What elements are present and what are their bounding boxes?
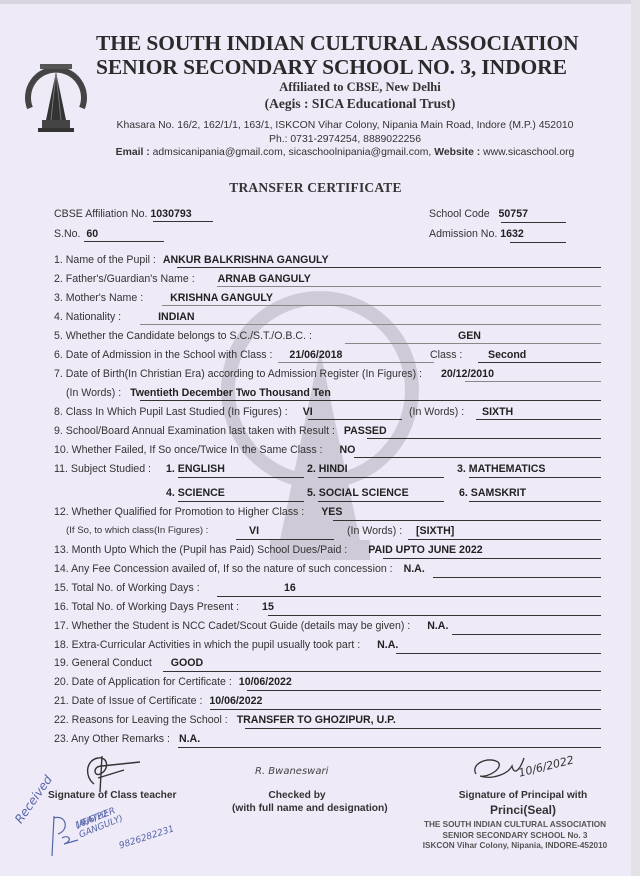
- field-label: 19. General Conduct: [54, 657, 152, 669]
- field-dob-words: (In Words) : Twentieth December Two Thou…: [66, 387, 331, 399]
- underline: [210, 709, 601, 710]
- underline: [476, 419, 601, 420]
- field-days-present: 16. Total No. of Working Days Present : …: [54, 601, 274, 613]
- field-label: 23. Any Other Remarks :: [54, 733, 170, 745]
- field-value: N.A.: [404, 563, 425, 575]
- checked-by-sublabel: (with full name and designation): [232, 803, 362, 814]
- field-issue-date: 21. Date of Issue of Certificate : 10/06…: [54, 695, 262, 707]
- field-ncc: 17. Whether the Student is NCC Cadet/Sco…: [54, 620, 448, 632]
- field-label: 6. Date of Admission in the School with …: [54, 349, 272, 361]
- serial-no-label: S.No.: [54, 228, 81, 240]
- field-value: 20/12/2010: [441, 368, 494, 380]
- field-value: VI: [303, 406, 313, 418]
- words-value: [SIXTH]: [416, 525, 454, 537]
- field-value: ARNAB GANGULY: [218, 273, 311, 285]
- affiliation-no-label: CBSE Affiliation No.: [54, 208, 147, 220]
- field-value: 15: [262, 601, 274, 613]
- underline: [268, 615, 601, 616]
- field-label: (In Words) :: [66, 387, 121, 399]
- underline: [217, 286, 601, 287]
- aegis-text: (Aegis : SICA Educational Trust): [190, 96, 530, 112]
- field-label: 20. Date of Application for Certificate …: [54, 676, 232, 688]
- subject-1: 1. ENGLISH: [166, 463, 225, 475]
- field-label: 17. Whether the Student is NCC Cadet/Sco…: [54, 620, 410, 632]
- field-value: ANKUR BALKRISHNA GANGULY: [163, 254, 329, 266]
- field-value: PASSED: [344, 425, 387, 437]
- field-value: GOOD: [171, 657, 203, 669]
- underline: [178, 747, 601, 748]
- certificate-title: TRANSFER CERTIFICATE: [0, 180, 631, 196]
- subject-3: 3. MATHEMATICS: [457, 463, 545, 475]
- field-label: 7. Date of Birth(In Christian Era) accor…: [54, 368, 422, 380]
- field-value: 10/06/2022: [209, 695, 262, 707]
- underline: [433, 577, 601, 578]
- email-values[interactable]: admsicanipania@gmail.com, sicaschoolnipa…: [153, 147, 432, 158]
- class-teacher-signature-label: Signature of Class teacher: [48, 790, 177, 801]
- underline: [345, 343, 601, 344]
- field-last-class: 8. Class In Which Pupil Last Studied (In…: [54, 406, 313, 418]
- class-label: Class :: [430, 349, 462, 361]
- admission-no-field: Admission No. 1632: [429, 228, 524, 240]
- contact-block: Khasara No. 16/2, 162/1/1, 163/1, ISKCON…: [80, 119, 610, 160]
- underline: [452, 634, 601, 635]
- underline: [333, 520, 601, 521]
- subject-4: 4. SCIENCE: [166, 487, 225, 499]
- underline: [178, 501, 304, 502]
- field-leaving-reason: 22. Reasons for Leaving the School : TRA…: [54, 714, 396, 726]
- underline: [478, 362, 601, 363]
- field-label: 18. Extra-Curricular Activities in which…: [54, 639, 360, 651]
- field-label: 2. Father's/Guardian's Name :: [54, 273, 195, 285]
- field-label: 4. Nationality :: [54, 311, 121, 323]
- receiver-signature-icon: [44, 810, 80, 860]
- underline: [278, 362, 434, 363]
- underline: [469, 501, 601, 502]
- field-conduct: 19. General Conduct GOOD: [54, 657, 203, 669]
- underline: [383, 558, 601, 559]
- field-subjects: 11. Subject Studied :: [54, 463, 151, 475]
- affiliation-underline: [153, 221, 213, 222]
- field-value: 10/06/2022: [239, 676, 292, 688]
- field-pupil-name: 1. Name of the Pupil : ANKUR BALKRISHNA …: [54, 254, 329, 266]
- school-name: THE SOUTH INDIAN CULTURAL ASSOCIATION SE…: [96, 31, 616, 79]
- field-label: 22. Reasons for Leaving the School :: [54, 714, 228, 726]
- words-label: (In Words) :: [347, 525, 402, 537]
- website-link[interactable]: www.sicaschool.org: [483, 147, 574, 158]
- class-value: Second: [488, 349, 526, 361]
- affiliation-no-field: CBSE Affiliation No. 1030793: [54, 208, 192, 220]
- field-label: 12. Whether Qualified for Promotion to H…: [54, 506, 304, 518]
- field-label: 1. Name of the Pupil :: [54, 254, 156, 266]
- field-label: 9. School/Board Annual Examination last …: [54, 425, 335, 437]
- checked-by-handwritten: R. Bwaneswari: [255, 766, 328, 777]
- field-extra-curricular: 18. Extra-Curricular Activities in which…: [54, 639, 398, 651]
- field-working-days: 15. Total No. of Working Days : 16: [54, 582, 200, 594]
- stamp-line1: THE SOUTH INDIAN CULTURAL ASSOCIATION: [410, 820, 620, 831]
- temple-emblem-icon: [24, 42, 88, 142]
- affiliation-text: Affiliated to CBSE, New Delhi: [210, 80, 510, 95]
- field-label: 13. Month Upto Which the (Pupil has Paid…: [54, 544, 347, 556]
- field-label: 15. Total No. of Working Days :: [54, 582, 200, 594]
- paper-edge: [631, 0, 640, 876]
- field-label: 3. Mother's Name :: [54, 292, 143, 304]
- serial-underline: [84, 241, 164, 242]
- underline: [177, 267, 601, 268]
- field-remarks: 23. Any Other Remarks : N.A.: [54, 733, 200, 745]
- admission-underline: [510, 242, 566, 243]
- field-failed: 10. Whether Failed, If So once/Twice In …: [54, 444, 355, 456]
- field-father-name: 2. Father's/Guardian's Name : ARNAB GANG…: [54, 273, 311, 285]
- field-exam-result: 9. School/Board Annual Examination last …: [54, 425, 387, 437]
- field-nationality: 4. Nationality : INDIAN: [54, 311, 195, 323]
- subject-5: 5. SOCIAL SCIENCE: [307, 487, 409, 499]
- underline: [318, 501, 444, 502]
- field-category: 5. Whether the Candidate belongs to S.C.…: [54, 330, 312, 342]
- words-value: SIXTH: [482, 406, 513, 418]
- field-label: 21. Date of Issue of Certificate :: [54, 695, 202, 707]
- field-value: NO: [339, 444, 355, 456]
- words-label: (In Words) :: [409, 406, 464, 418]
- field-value: KRISHNA GANGULY: [170, 292, 273, 304]
- field-dob: 7. Date of Birth(In Christian Era) accor…: [54, 368, 494, 380]
- class-teacher-signature-icon: [80, 752, 150, 794]
- underline: [140, 324, 601, 325]
- field-label: 5. Whether the Candidate belongs to S.C.…: [54, 330, 312, 342]
- underline: [247, 690, 601, 691]
- email-line: Email : admsicanipania@gmail.com, sicasc…: [80, 146, 610, 160]
- field-value: INDIAN: [158, 311, 195, 323]
- field-dues: 13. Month Upto Which the (Pupil has Paid…: [54, 544, 483, 556]
- school-name-line1: THE SOUTH INDIAN CULTURAL ASSOCIATION: [96, 31, 616, 55]
- subject-2: 2. HINDI: [307, 463, 348, 475]
- field-fee-concession: 14. Any Fee Concession availed of, If so…: [54, 563, 425, 575]
- stamp-line2: SENIOR SECONDARY SCHOOL No. 3: [410, 831, 620, 842]
- checked-by-label: Checked by: [232, 790, 362, 801]
- field-label: 14. Any Fee Concession availed of, If so…: [54, 563, 393, 575]
- field-value: N.A.: [427, 620, 448, 632]
- field-promotion-class: (If So, to which class(In Figures) : VI …: [66, 525, 208, 536]
- admission-no-value: 1632: [500, 228, 524, 240]
- field-value: 16: [284, 582, 296, 594]
- school-name-line2: SENIOR SECONDARY SCHOOL NO. 3, INDORE: [96, 55, 616, 79]
- underline: [245, 728, 601, 729]
- subject-6: 6. SAMSKRIT: [459, 487, 526, 499]
- principal-signature-label: Signature of Principal with: [450, 790, 596, 801]
- field-application-date: 20. Date of Application for Certificate …: [54, 676, 292, 688]
- underline: [178, 477, 304, 478]
- underline: [236, 539, 334, 540]
- field-value: GEN: [458, 330, 481, 342]
- field-mother-name: 3. Mother's Name : KRISHNA GANGULY: [54, 292, 273, 304]
- school-code-label: School Code: [429, 208, 490, 220]
- email-label: Email :: [116, 147, 150, 158]
- field-label: 11. Subject Studied :: [54, 463, 151, 475]
- underline: [465, 381, 601, 382]
- underline: [140, 400, 601, 401]
- address-text: Khasara No. 16/2, 162/1/1, 163/1, ISKCON…: [80, 119, 610, 133]
- field-value: Twentieth December Two Thousand Ten: [130, 387, 331, 399]
- field-label: 8. Class In Which Pupil Last Studied (In…: [54, 406, 288, 418]
- underline: [367, 438, 601, 439]
- field-promotion: 12. Whether Qualified for Promotion to H…: [54, 506, 342, 518]
- underline: [318, 477, 444, 478]
- school-stamp: THE SOUTH INDIAN CULTURAL ASSOCIATION SE…: [410, 820, 620, 852]
- underline: [469, 477, 601, 478]
- underline: [162, 305, 601, 306]
- stamp-line3: ISKCON Vihar Colony, Nipania, INDORE-452…: [410, 841, 620, 852]
- field-label: 16. Total No. of Working Days Present :: [54, 601, 239, 613]
- affiliation-no-value: 1030793: [150, 208, 191, 220]
- admission-no-label: Admission No.: [429, 228, 497, 240]
- paper-top-shade: [0, 0, 631, 4]
- underline: [217, 596, 601, 597]
- underline: [408, 539, 601, 540]
- serial-no-field: S.No. 60: [54, 228, 98, 240]
- underline: [396, 653, 601, 654]
- field-label: (If So, to which class(In Figures) :: [66, 525, 208, 536]
- field-label: 10. Whether Failed, If So once/Twice In …: [54, 444, 323, 456]
- serial-no-value: 60: [86, 228, 98, 240]
- field-value: N.A.: [377, 639, 398, 651]
- school-code-field: School Code 50757: [429, 208, 528, 220]
- underline: [308, 419, 402, 420]
- principal-seal-label: Princi(Seal): [450, 803, 596, 817]
- underline: [354, 457, 601, 458]
- field-admission-date: 6. Date of Admission in the School with …: [54, 349, 342, 361]
- school-code-value: 50757: [499, 208, 528, 220]
- field-value: YES: [321, 506, 342, 518]
- field-value: 21/06/2018: [289, 349, 342, 361]
- field-value: N.A.: [179, 733, 200, 745]
- field-value: PAID UPTO JUNE 2022: [368, 544, 482, 556]
- website-label: Website :: [434, 147, 480, 158]
- field-value: TRANSFER TO GHOZIPUR, U.P.: [237, 714, 396, 726]
- underline: [163, 671, 601, 672]
- field-value: VI: [249, 525, 259, 537]
- school-code-underline: [501, 222, 566, 223]
- phone-text: Ph.: 0731-2974254, 8889022256: [80, 133, 610, 147]
